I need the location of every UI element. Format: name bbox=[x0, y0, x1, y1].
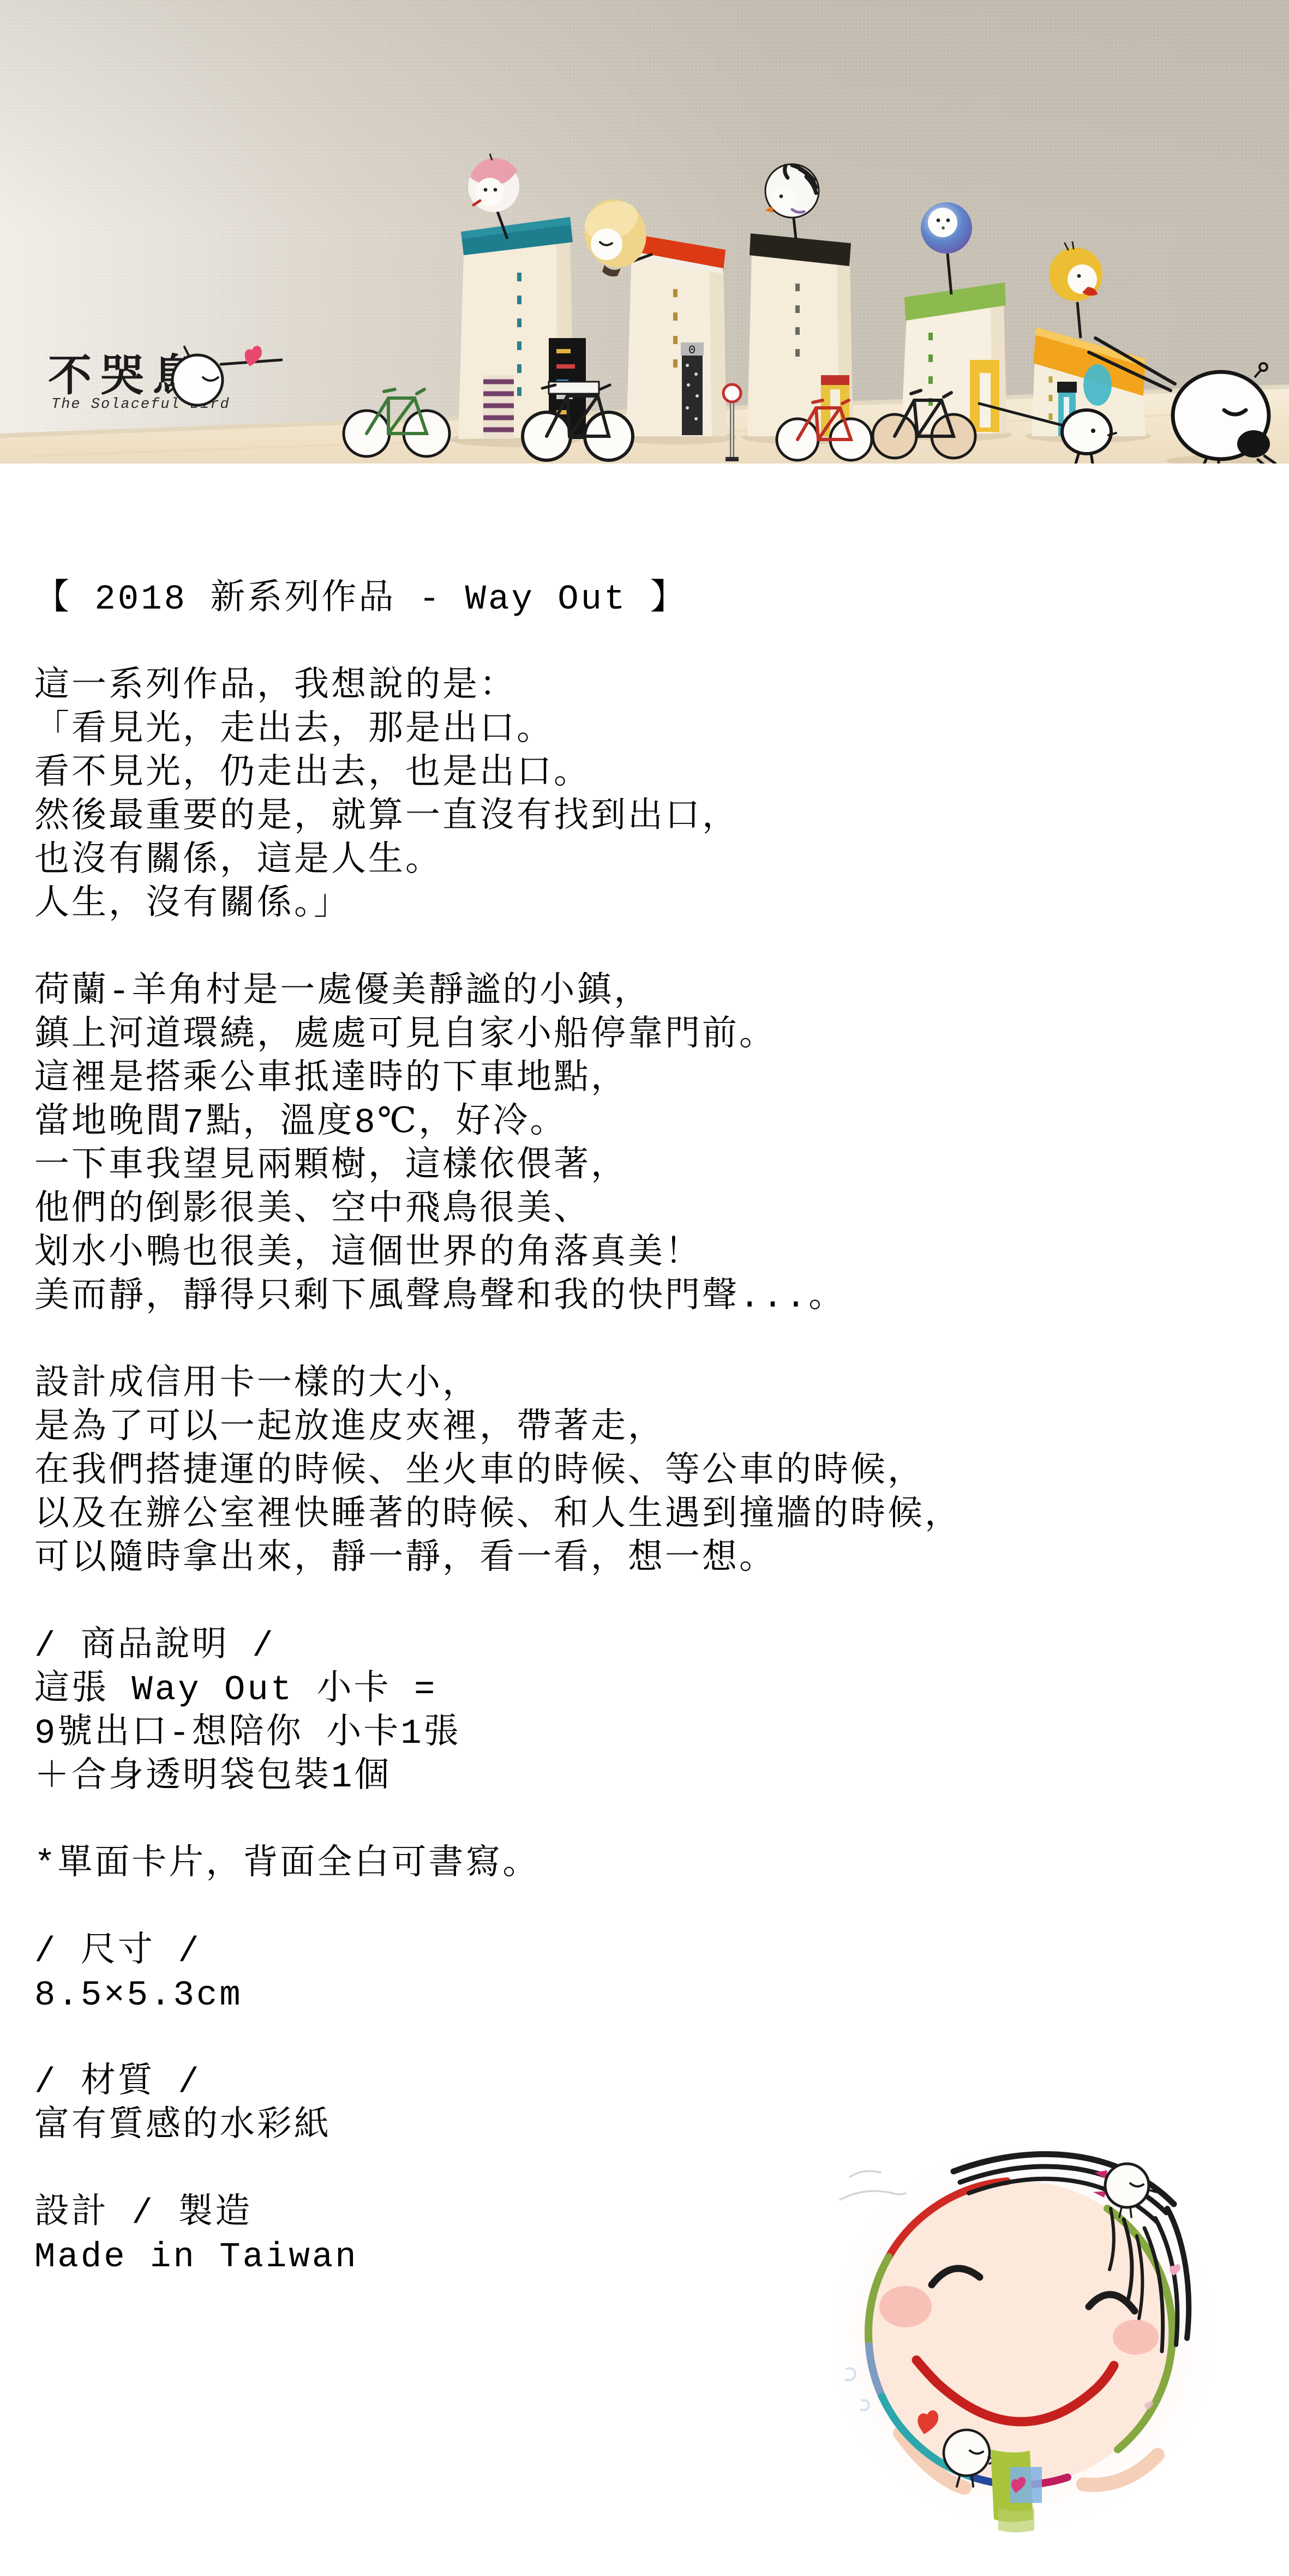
text-line: 美而靜，靜得只剩下風聲鳥聲和我的快門聲...。 bbox=[34, 1276, 1256, 1320]
text-line: 是為了可以一起放進皮夾裡，帶著走， bbox=[34, 1407, 1256, 1450]
intro-paragraph: 這一系列作品，我想說的是： 「看見光，走出去，那是出口。 看不見光，仍走出去，也… bbox=[34, 665, 1256, 927]
text-line: 設計成信用卡一樣的大小， bbox=[34, 1363, 1256, 1407]
banner-photo: 不哭鳥 The Solaceful Bird bbox=[0, 0, 1289, 464]
cheek-right bbox=[1113, 2320, 1159, 2355]
text-line: 可以隨時拿出來，靜一靜，看一看，想一想。 bbox=[34, 1538, 1256, 1581]
house-4 bbox=[901, 282, 1007, 434]
text-line: 荷蘭-羊角村是一處優美靜謐的小鎮， bbox=[34, 971, 1256, 1014]
product-description: 【 2018 新系列作品 - Way Out 】 這一系列作品，我想說的是： 「… bbox=[34, 578, 1256, 2323]
house-2: 0 bbox=[626, 233, 727, 436]
text-line: *單面卡片，背面全白可書寫。 bbox=[34, 1843, 1256, 1887]
size-paragraph: / 尺寸 / 8.5×5.3cm bbox=[34, 1930, 1256, 2018]
text-line: 「看見光，走出去，那是出口。 bbox=[34, 709, 1256, 753]
text-line: 然後最重要的是，就算一直沒有找到出口， bbox=[34, 796, 1256, 840]
product-page: { "page": { "background": "#ffffff", "wi… bbox=[0, 0, 1289, 2576]
text-line: 鎮上河道環繞，處處可見自家小船停靠門前。 bbox=[34, 1014, 1256, 1058]
note-paragraph: *單面卡片，背面全白可書寫。 bbox=[34, 1843, 1256, 1887]
series-title-paragraph: 【 2018 新系列作品 - Way Out 】 bbox=[34, 578, 1256, 622]
design-purpose-paragraph: 設計成信用卡一樣的大小， 是為了可以一起放進皮夾裡，帶著走， 在我們搭捷運的時候… bbox=[34, 1363, 1256, 1581]
text-line: 這張 Way Out 小卡 = bbox=[34, 1669, 1256, 1712]
smiley-girl-illustration bbox=[818, 2127, 1233, 2541]
product-spec-paragraph: / 商品說明 / 這張 Way Out 小卡 = 9號出口-想陪你 小卡1張 ＋… bbox=[34, 1625, 1256, 1799]
size-value: 8.5×5.3cm bbox=[34, 1974, 1256, 2018]
text-line: 他們的倒影很美、空中飛鳥很美、 bbox=[34, 1189, 1256, 1232]
text-line: 這裡是搭乘公車抵達時的下車地點， bbox=[34, 1058, 1256, 1102]
section-heading-material: / 材質 / bbox=[34, 2061, 1256, 2105]
text-line: 划水小鴨也很美，這個世界的角落真美！ bbox=[34, 1232, 1256, 1276]
text-line: 9號出口-想陪你 小卡1張 bbox=[34, 1712, 1256, 1756]
banner-illustration: 不哭鳥 The Solaceful Bird bbox=[0, 0, 1289, 464]
story-paragraph: 荷蘭-羊角村是一處優美靜謐的小鎮， 鎮上河道環繞，處處可見自家小船停靠門前。 這… bbox=[34, 971, 1256, 1320]
text-line: ＋合身透明袋包裝1個 bbox=[34, 1756, 1256, 1799]
cheek-left bbox=[879, 2286, 932, 2327]
text-line: 也沒有關係，這是人生。 bbox=[34, 840, 1256, 883]
text-line: 這一系列作品，我想說的是： bbox=[34, 665, 1256, 709]
section-heading-description: / 商品說明 / bbox=[34, 1625, 1256, 1669]
text-line: 看不見光，仍走出去，也是出口。 bbox=[34, 753, 1256, 796]
text-line: 當地晚間7點，溫度8℃，好冷。 bbox=[34, 1102, 1256, 1145]
text-line: 以及在辦公室裡快睡著的時候、和人生遇到撞牆的時候， bbox=[34, 1494, 1256, 1538]
svg-text:0: 0 bbox=[688, 344, 696, 357]
section-heading-size: / 尺寸 / bbox=[34, 1930, 1256, 1974]
text-line: 人生，沒有關係。」 bbox=[34, 883, 1256, 927]
text-line: 一下車我望見兩顆樹，這樣依偎著， bbox=[34, 1145, 1256, 1189]
smiley-girl-drawing bbox=[818, 2127, 1233, 2541]
series-title: 【 2018 新系列作品 - Way Out 】 bbox=[34, 578, 1256, 622]
house-3 bbox=[747, 233, 853, 436]
text-line: 在我們搭捷運的時候、坐火車的時候、等公車的時候， bbox=[34, 1450, 1256, 1494]
